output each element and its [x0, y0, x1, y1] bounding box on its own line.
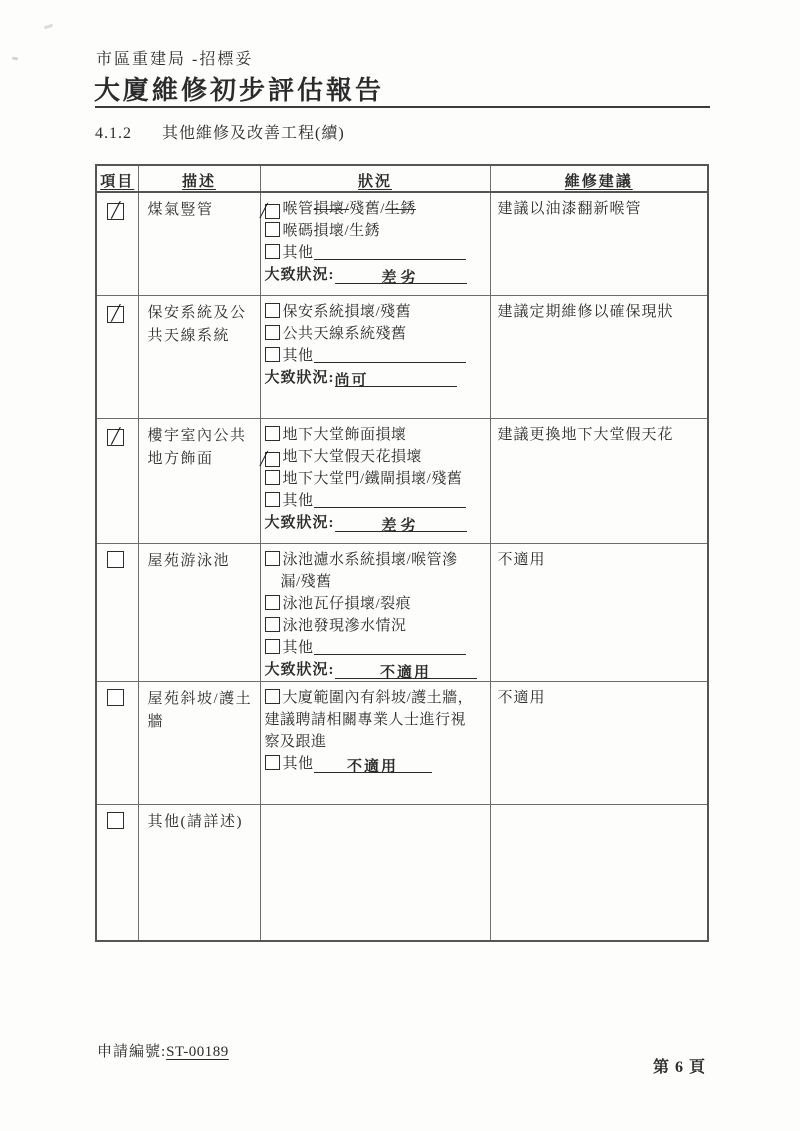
status-empty-cell — [260, 804, 490, 941]
table-header-row: 項目 描述 狀況 維修建議 — [96, 165, 708, 192]
overall-status-value: 差劣 — [335, 267, 467, 284]
checkbox-unchecked-icon — [265, 689, 280, 704]
status-option: 泳池瓦仔損壞/裂痕 — [265, 593, 486, 615]
table-row: 屋苑斜坡/護土牆 大廈範圍內有斜坡/護土牆，建議聘請相關專業人士進行視察及跟進 … — [96, 681, 708, 804]
organization-line: 市區重建局 -招標妥 — [96, 46, 253, 69]
report-title: 大廈維修初步評估報告 — [94, 70, 384, 107]
status-option: 其他 — [265, 637, 486, 659]
overall-status-value: 不適用 — [335, 662, 477, 679]
struck-text: 生銹 — [385, 201, 416, 217]
checkbox-unchecked-icon — [265, 347, 280, 362]
struck-text: 損壞/ — [314, 201, 350, 217]
application-number-value: ST-00189 — [166, 1044, 229, 1060]
overall-status-value: 差劣 — [335, 515, 467, 532]
overall-status: 大致狀況:差劣 — [265, 512, 486, 534]
advice-text: 不適用 — [490, 681, 708, 804]
advice-text: 不適用 — [490, 543, 708, 681]
checkbox-checked-icon: ╱ — [265, 452, 280, 467]
page-number: 第 6 頁 — [640, 1054, 706, 1077]
overall-status-label: 大致狀況: — [265, 515, 335, 531]
description-text: 煤氣豎管 — [138, 192, 260, 295]
section-heading: 4.1.2其他維修及改善工程(續) — [95, 120, 345, 143]
overall-status-label: 大致狀況: — [265, 370, 335, 386]
checkbox-unchecked-icon — [265, 303, 280, 318]
status-option: 其他 — [265, 242, 486, 264]
header-repair-advice: 維修建議 — [490, 165, 708, 192]
status-option: 其他 — [265, 490, 486, 512]
scan-artifact — [44, 24, 53, 30]
checkbox-checked-icon: ╱ — [107, 203, 124, 220]
status-option-value: 不適用 — [314, 756, 432, 773]
status-option: 其他 — [265, 345, 486, 367]
checkbox-checked-icon: ╱ — [107, 429, 124, 446]
scan-artifact — [12, 56, 18, 60]
fill-in-blank — [314, 638, 466, 655]
header-status: 狀況 — [260, 165, 490, 192]
checkbox-unchecked-icon — [265, 617, 280, 632]
checkbox-unchecked-icon — [265, 222, 280, 237]
overall-status-label: 大致狀況: — [265, 662, 335, 678]
description-text: 保安系統及公共天線系統 — [138, 295, 260, 418]
advice-text: 建議定期維修以確保現狀 — [490, 295, 708, 418]
checkbox-unchecked-icon — [265, 551, 280, 566]
description-text: 其他(請詳述) — [138, 804, 260, 941]
checkbox-unchecked-icon — [265, 426, 280, 441]
fill-in-blank — [314, 243, 466, 260]
fill-in-blank — [314, 491, 466, 508]
overall-status: 大致狀況:不適用 — [265, 659, 486, 681]
section-number: 4.1.2 — [95, 125, 132, 142]
overall-status: 大致狀況:差劣 — [265, 264, 486, 286]
status-option: 其他不適用 — [265, 753, 486, 775]
status-option: ╱地下大堂假天花損壞 — [265, 446, 486, 468]
status-option: 保安系統損壞/殘舊 — [265, 301, 486, 323]
overall-status-value: 尚可 — [335, 370, 457, 387]
title-divider — [95, 106, 710, 108]
checkbox-unchecked-icon — [265, 492, 280, 507]
overall-status-label: 大致狀況: — [265, 267, 335, 283]
checkbox-unchecked-icon — [107, 689, 124, 706]
status-option: 地下大堂飾面損壞 — [265, 424, 486, 446]
table-row: ╱ 煤氣豎管 ╱喉管損壞/殘舊/生銹 喉碼損壞/生銹 其他 大致狀況:差劣 建議… — [96, 192, 708, 295]
fill-in-blank — [314, 346, 466, 363]
advice-text — [490, 804, 708, 941]
checkbox-checked-icon: ╱ — [265, 204, 280, 219]
checkbox-unchecked-icon — [265, 755, 280, 770]
status-option: 大廈範圍內有斜坡/護土牆，建議聘請相關專業人士進行視察及跟進 — [265, 687, 479, 753]
status-option: ╱喉管損壞/殘舊/生銹 — [265, 198, 486, 220]
assessment-table: 項目 描述 狀況 維修建議 ╱ 煤氣豎管 ╱喉管損壞/殘舊/生銹 喉碼損壞/生銹… — [95, 164, 709, 942]
checkbox-unchecked-icon — [265, 325, 280, 340]
checkbox-unchecked-icon — [107, 812, 124, 829]
status-option: 泳池發現滲水情況 — [265, 615, 486, 637]
overall-status: 大致狀況:尚可 — [265, 367, 486, 389]
application-number: 申請編號:ST-00189 — [97, 1040, 229, 1061]
status-option: 喉碼損壞/生銹 — [265, 220, 486, 242]
status-option: 泳池濾水系統損壞/喉管滲漏/殘舊 — [265, 549, 469, 593]
table-row: ╱ 樓宇室內公共地方飾面 地下大堂飾面損壞 ╱地下大堂假天花損壞 地下大堂門/鐵… — [96, 418, 708, 543]
checkbox-unchecked-icon — [107, 551, 124, 568]
checkbox-unchecked-icon — [265, 595, 280, 610]
checkbox-unchecked-icon — [265, 639, 280, 654]
section-title: 其他維修及改善工程(續) — [162, 125, 345, 142]
checkbox-unchecked-icon — [265, 470, 280, 485]
status-option: 地下大堂門/鐵閘損壞/殘舊 — [265, 468, 486, 490]
status-option: 公共天線系統殘舊 — [265, 323, 486, 345]
header-item: 項目 — [96, 165, 138, 192]
header-description: 描述 — [138, 165, 260, 192]
application-number-label: 申請編號: — [97, 1044, 166, 1060]
description-text: 屋苑斜坡/護土牆 — [138, 681, 260, 804]
advice-text: 建議更換地下大堂假天花 — [490, 418, 708, 543]
description-text: 樓宇室內公共地方飾面 — [138, 418, 260, 543]
description-text: 屋苑游泳池 — [138, 543, 260, 681]
advice-text: 建議以油漆翻新喉管 — [490, 192, 708, 295]
table-row: ╱ 保安系統及公共天線系統 保安系統損壞/殘舊 公共天線系統殘舊 其他 大致狀況… — [96, 295, 708, 418]
table-row: 屋苑游泳池 泳池濾水系統損壞/喉管滲漏/殘舊 泳池瓦仔損壞/裂痕 泳池發現滲水情… — [96, 543, 708, 681]
checkbox-checked-icon: ╱ — [107, 306, 124, 323]
table-row: 其他(請詳述) — [96, 804, 708, 941]
checkbox-unchecked-icon — [265, 244, 280, 259]
